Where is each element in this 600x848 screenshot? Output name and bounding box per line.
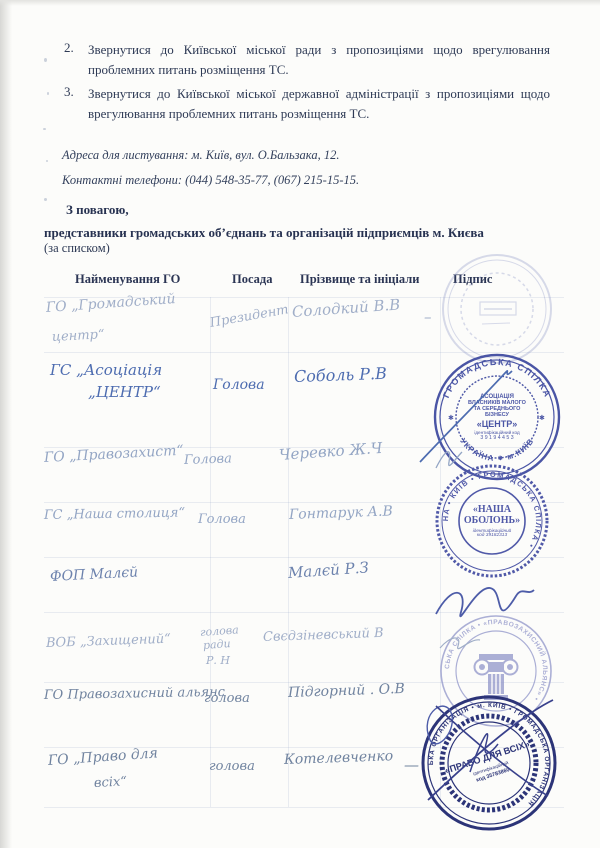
row7-name: Підгорний . О.В <box>288 681 405 701</box>
row4-org: ГС „Наша столиця“ <box>44 506 185 523</box>
row8-org: ГО „Право для <box>47 745 158 769</box>
scan-speck <box>46 160 48 162</box>
col-header-name: Прізвище та ініціали <box>300 272 419 287</box>
scan-top-shadow <box>0 0 600 6</box>
list-item-text: Звернутися до Київської міської ради з п… <box>88 40 550 80</box>
row6-position: голова <box>200 623 240 639</box>
row8-position: голова <box>209 759 255 774</box>
row8-org2: всіх“ <box>94 774 128 791</box>
stamp-pravo-dlia-vsikh: • ГРОМАДСЬКА ОРГАНІЗАЦІЯ • м. КИЇВ • ГРО… <box>420 694 558 832</box>
row8-name: Котелевченко <box>284 748 394 768</box>
row5-name: Малєй Р.З <box>287 558 369 582</box>
row2-position: Голова <box>213 377 265 393</box>
col-header-position: Посада <box>232 272 273 287</box>
row4-name: Гонтарук А.В <box>289 503 393 523</box>
scan-speck <box>43 128 46 130</box>
scan-speck <box>47 92 49 95</box>
col-header-org: Найменування ГО <box>75 272 180 287</box>
stamp-obolon-code-digits: код 39182313 <box>477 533 507 538</box>
list-item-3: 3. Звернутися до Київської міської держа… <box>64 84 550 124</box>
row1-sign-dash: – <box>424 308 432 326</box>
row7-position: голова <box>204 691 250 706</box>
row2-org2: „ЦЕНТР“ <box>88 383 161 401</box>
phones-line: Контактні телефони: (044) 548-35-77, (06… <box>62 173 359 188</box>
row6-name: Свєдзіневський В <box>263 626 384 645</box>
list-item-number: 2. <box>64 40 78 80</box>
stamp-obolon-center-text: «НАША ОБОЛОНЬ» ідентифікаційний код 3918… <box>433 462 551 580</box>
stamp-obolon-name1: «НАША <box>473 504 511 515</box>
scanned-document-page: 2. Звернутися до Київської міської ради … <box>0 0 600 848</box>
row3-position: Голова <box>184 451 232 468</box>
row6-position2: ради <box>203 637 231 652</box>
row1-position: Президент <box>209 302 290 331</box>
row5-org: ФОП Малєй <box>50 564 139 585</box>
stamp-pravo-graphic: • ГРОМАДСЬКА ОРГАНІЗАЦІЯ • м. КИЇВ • ГРО… <box>420 694 558 832</box>
address-line: Адреса для листування: м. Київ, вул. О.Б… <box>62 148 339 163</box>
row8-sign-dash: — <box>404 756 419 774</box>
scan-speck <box>44 58 47 62</box>
row6-position3: Р. Н <box>206 654 230 667</box>
row1-org2: центр“ <box>52 327 105 345</box>
row3-name: Черевко Ж.Ч <box>278 439 383 464</box>
list-item-number: 3. <box>64 84 78 124</box>
row4-position: Голова <box>198 512 246 527</box>
stamp-centr-code-digits: 3 9 1 9 4 4 5 3 <box>480 435 513 441</box>
row1-name: Солодкий В.В <box>291 295 400 321</box>
scan-speck <box>44 198 47 201</box>
table-gridline <box>210 297 211 807</box>
row6-org: ВОБ „Захищений“ <box>46 632 171 651</box>
list-item-2: 2. Звернутися до Київської міської ради … <box>64 40 550 80</box>
closing-line: З повагою, <box>66 202 129 218</box>
signatories-note: (за списком) <box>44 241 110 256</box>
table-gridline <box>288 297 289 807</box>
signatories-line: представники громадських об’єднань та ор… <box>44 225 564 241</box>
stamp-centr-line: БІЗНЕСУ <box>485 412 509 418</box>
row2-name: Соболь Р.В <box>294 364 387 386</box>
stamp-centr-name: «ЦЕНТР» <box>477 419 518 429</box>
row7-org: ГО Правозахисний альянс <box>44 685 225 703</box>
list-item-text: Звернутися до Київської міської державно… <box>88 84 550 124</box>
stamp-faint-rings <box>440 252 555 367</box>
stamp-nasha-obolon: УКРАЇНА • КИЇВ • ГРОМАДСЬКА СПІЛКА • «НА… <box>433 462 551 580</box>
row1-org: ГО „Громадський <box>45 291 176 316</box>
scan-edge-shadow <box>0 0 12 848</box>
stamp-faint-illegible <box>440 252 555 367</box>
row2-org: ГС „Асоціація <box>50 361 162 379</box>
stamp-obolon-name2: ОБОЛОНЬ» <box>464 515 520 526</box>
